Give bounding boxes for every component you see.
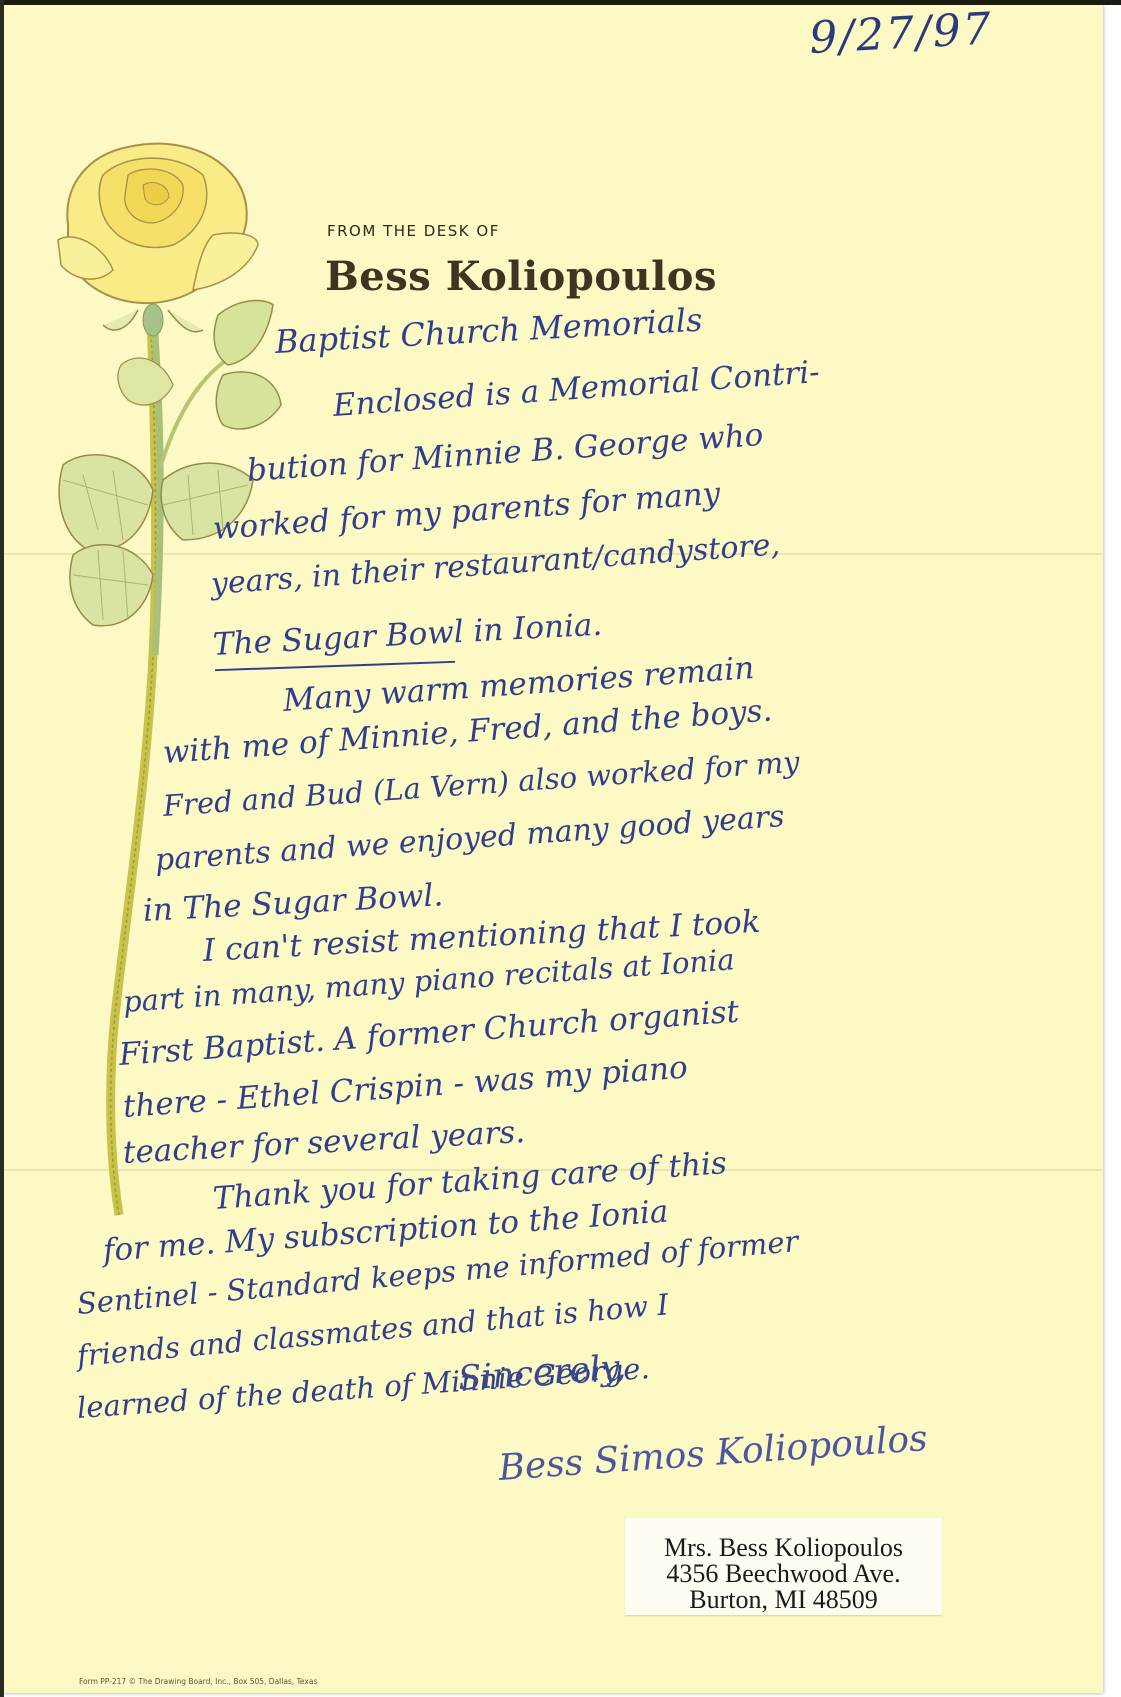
- address-name: Mrs. Bess Koliopoulos: [625, 1535, 942, 1561]
- letter-line: Enclosed is a Memorial Contri-: [332, 354, 821, 424]
- letter-salutation: Baptist Church Memorials: [274, 301, 703, 361]
- form-printer-credit: Form PP-217 © The Drawing Board, Inc., B…: [79, 1677, 317, 1686]
- scan-left-border: [0, 0, 4, 1697]
- address-city-state-zip: Burton, MI 48509: [625, 1587, 942, 1613]
- handwritten-letter-body: Baptist Church Memorials Enclosed is a M…: [3, 5, 1103, 1505]
- address-street: 4356 Beechwood Ave.: [625, 1561, 942, 1587]
- return-address-label: Mrs. Bess Koliopoulos 4356 Beechwood Ave…: [625, 1518, 942, 1615]
- letter-paper: 9/27/97 FROM THE DESK OF Bess Koliopoulo…: [3, 5, 1103, 1693]
- letter-line: The Sugar Bowl in Ionia.: [212, 607, 603, 663]
- sugar-bowl-underline: [215, 661, 455, 671]
- letter-line: in The Sugar Bowl.: [142, 877, 444, 929]
